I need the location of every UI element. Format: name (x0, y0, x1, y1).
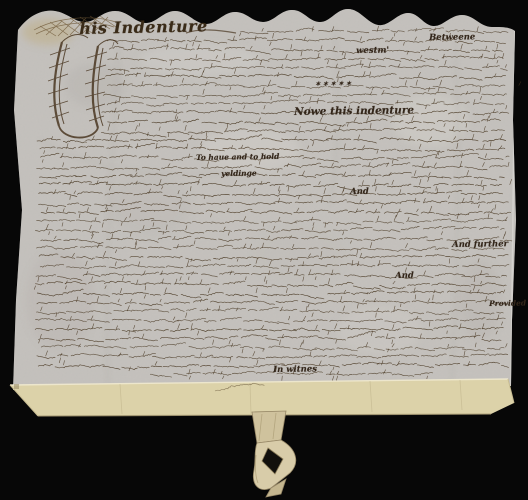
fold-mark (14, 384, 19, 389)
parchment-illustration (0, 0, 528, 500)
plica-fold (10, 379, 514, 416)
seal-tag (252, 411, 296, 497)
photo-backdrop: his Indenture Betweenewestm'✶ ✶ ✶ ✶ ✶Now… (0, 0, 528, 500)
